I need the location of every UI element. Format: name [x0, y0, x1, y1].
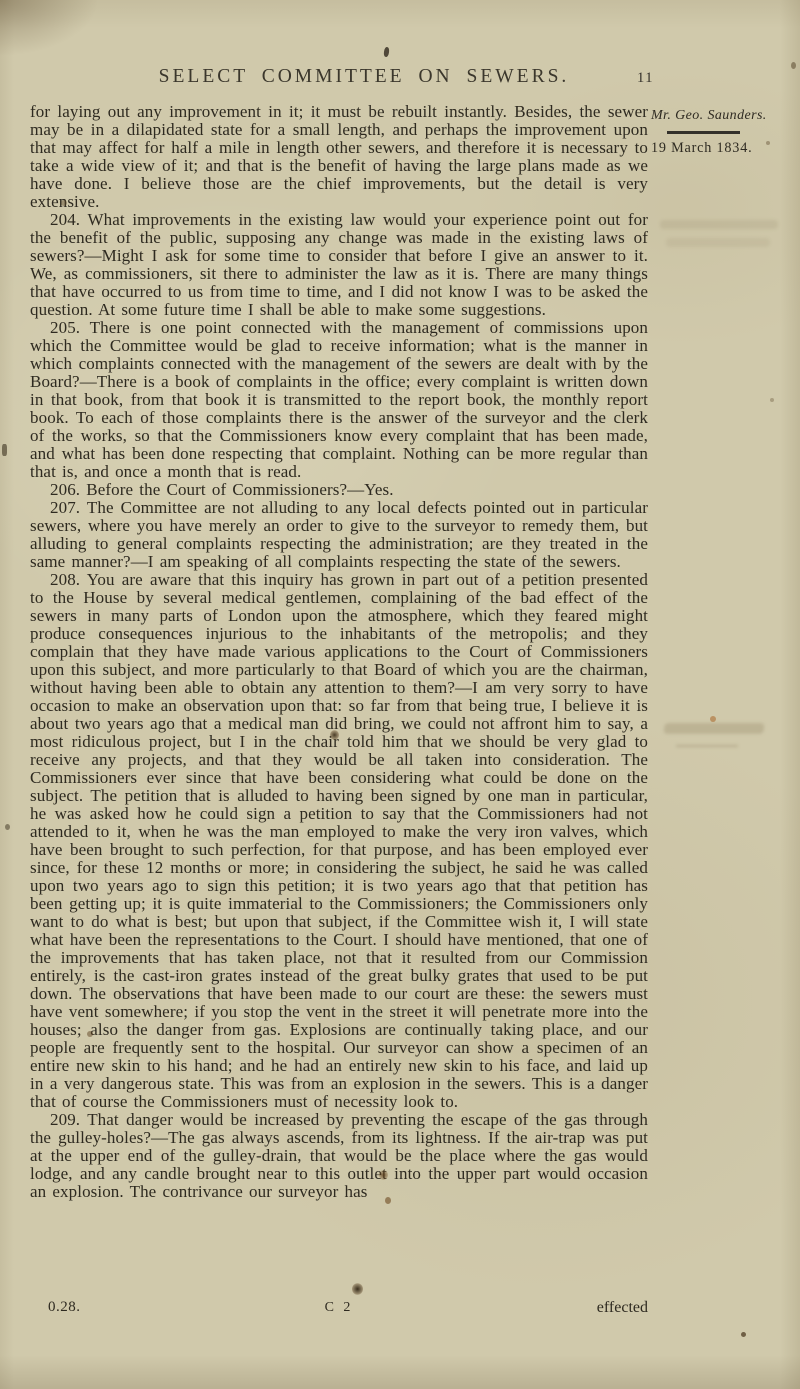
ink-blot — [352, 1283, 363, 1295]
foxing-spot — [770, 398, 774, 402]
margin-note: Mr. Geo. Saunders. 19 March 1834. — [651, 108, 799, 157]
body-paragraph: 207. The Committee are not alluding to a… — [30, 499, 648, 571]
page-header-title: SELECT COMMITTEE ON SEWERS. — [30, 66, 648, 88]
foxing-spot — [87, 1031, 93, 1037]
foxing-spot — [379, 1170, 388, 1180]
page-footer: 0.28. C 2 effected — [30, 1299, 648, 1319]
body-paragraph: 204. What improvements in the existing l… — [30, 211, 648, 319]
edge-mark — [2, 444, 7, 456]
margin-rule — [667, 131, 740, 134]
bleed-through-text — [666, 238, 770, 247]
foxing-spot — [385, 1197, 391, 1204]
edge-speck — [5, 824, 10, 830]
bleed-through-rule — [676, 745, 738, 747]
ink-fleck — [383, 47, 389, 58]
foxing-spot — [741, 1332, 746, 1337]
margin-date: 19 March 1834. — [651, 140, 799, 157]
body-paragraph: for laying out any improvement in it; it… — [30, 103, 648, 211]
signature-mark: C 2 — [30, 1300, 648, 1316]
body-paragraph: 206. Before the Court of Commissioners?—… — [30, 481, 648, 499]
scanned-document-page: SELECT COMMITTEE ON SEWERS. 11 Mr. Geo. … — [0, 0, 800, 1389]
page-number: 11 — [637, 70, 654, 87]
edge-speck — [791, 62, 796, 69]
bleed-through-text — [660, 220, 778, 229]
body-paragraph: 208. You are aware that this inquiry has… — [30, 571, 648, 1111]
bleed-through-text — [663, 723, 764, 734]
foxing-spot — [766, 141, 770, 145]
body-text: for laying out any improvement in it; it… — [30, 103, 648, 1201]
body-paragraph: 205. There is one point connected with t… — [30, 319, 648, 481]
ink-smudge — [61, 200, 67, 206]
body-paragraph: 209. That danger would be increased by p… — [30, 1111, 648, 1201]
foxing-spot — [710, 716, 716, 722]
margin-witness-name: Mr. Geo. Saunders. — [651, 108, 799, 124]
ink-blot — [330, 730, 339, 740]
catchword: effected — [597, 1299, 648, 1317]
